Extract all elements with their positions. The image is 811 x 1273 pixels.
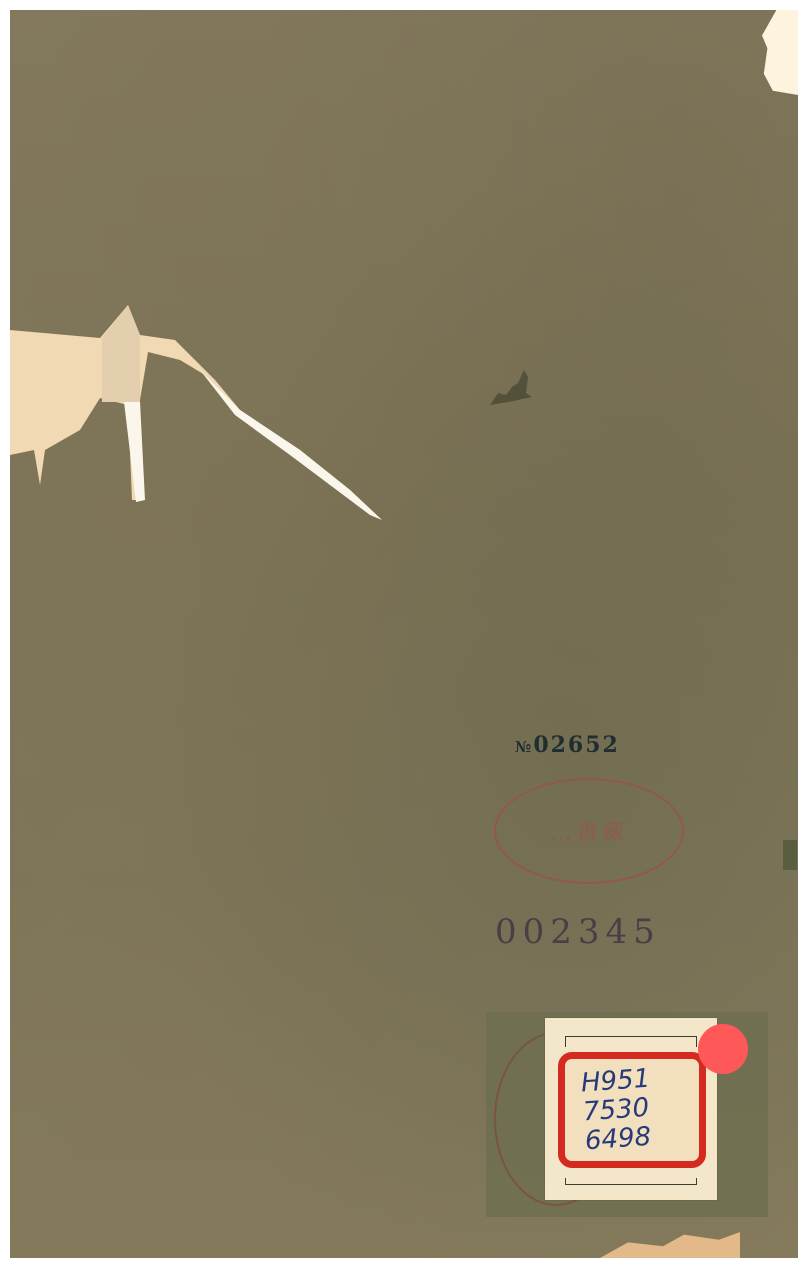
call-number: H951 7530 6498 — [580, 1065, 655, 1157]
library-stamp-text: …書藏 — [550, 816, 628, 847]
label-border-bottom — [565, 1178, 697, 1185]
call-number-line-3: 6498 — [584, 1123, 655, 1157]
serial-prefix: № — [515, 738, 531, 756]
edge-mark — [783, 840, 797, 870]
library-oval-stamp: …書藏 — [494, 778, 684, 884]
serial-number: 02652 — [533, 732, 620, 758]
ink-stain — [488, 365, 536, 410]
serial-number-stamp: №02652 — [515, 732, 620, 758]
call-number-frame: H951 7530 6498 — [558, 1052, 706, 1168]
accession-number: 002345 — [495, 912, 661, 952]
red-dot-sticker — [698, 1024, 748, 1074]
label-border-top — [565, 1036, 697, 1047]
